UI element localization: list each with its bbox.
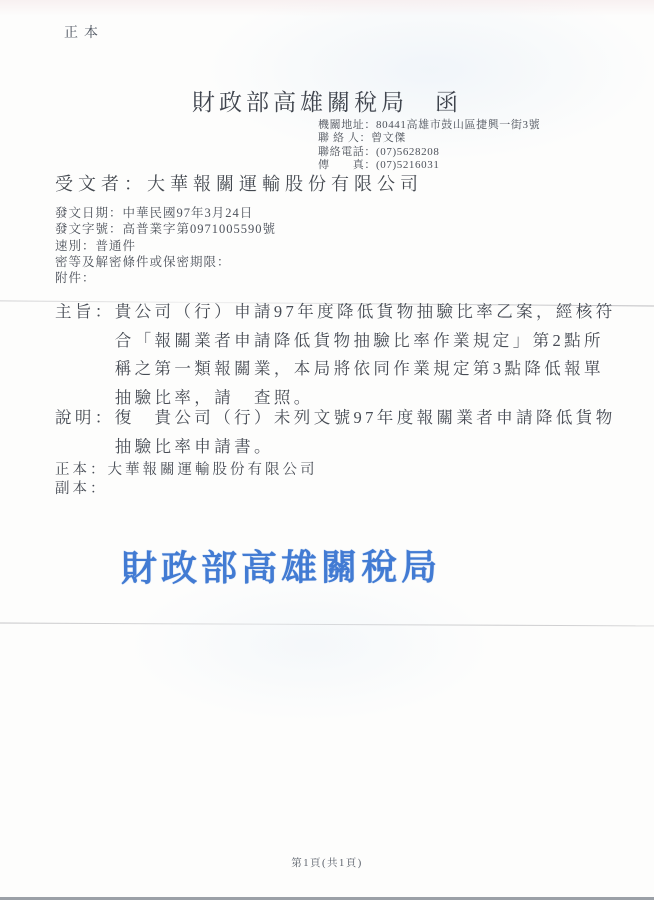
- explanation-section: 說明： 復 貴公司（行）未列文號97年度報關業者申請降低貨物 抽驗比率申請書。: [55, 404, 616, 461]
- distribution-block: 正本：大華報關運輸股份有限公司 副本：: [55, 461, 318, 498]
- explanation-body: 復 貴公司（行）未列文號97年度報關業者申請降低貨物 抽驗比率申請書。: [115, 404, 616, 461]
- subject-line: 稱之第一類報關業，本局將依同作業規定第3點降低報單: [115, 355, 616, 384]
- distribution-copy-line: 副本：: [55, 480, 318, 499]
- scanned-letter: 正本 財政部高雄關稅局 函 機關地址：80441高雄市鼓山區捷興一街3號 聯 絡…: [0, 0, 654, 900]
- subject-section: 主旨： 貴公司（行）申請97年度降低貨物抽驗比率乙案，經核符 合「報關業者申請降…: [55, 298, 616, 413]
- recipient-line: 受文者：大華報關運輸股份有限公司: [55, 170, 423, 196]
- subject-line: 合「報關業者申請降低貨物抽驗比率作業規定」第2點所: [115, 327, 616, 356]
- letter-title: 財政部高雄關稅局 函: [0, 84, 654, 117]
- subject-label: 主旨：: [55, 298, 115, 327]
- meta-block: 發文日期：中華民國97年3月24日 發文字號：高普業字第0971005590號 …: [55, 205, 276, 286]
- classification-line: 密等及解密條件或保密期限：: [55, 254, 276, 270]
- reference-number-line: 發文字號：高普業字第0971005590號: [55, 221, 276, 237]
- distribution-original-line: 正本：大華報關運輸股份有限公司: [55, 461, 318, 480]
- priority-line: 速別：普通件: [55, 238, 276, 254]
- agency-contact-block: 機關地址：80441高雄市鼓山區捷興一街3號 聯 絡 人：曾文傑 聯絡電話：(0…: [318, 119, 540, 173]
- agency-address: 機關地址：80441高雄市鼓山區捷興一街3號: [318, 119, 540, 132]
- issue-date-line: 發文日期：中華民國97年3月24日: [55, 205, 276, 221]
- agency-phone: 聯絡電話：(07)5628208: [318, 146, 540, 159]
- subject-line: 貴公司（行）申請97年度降低貨物抽驗比率乙案，經核符: [115, 298, 616, 327]
- subject-body: 貴公司（行）申請97年度降低貨物抽驗比率乙案，經核符 合「報關業者申請降低貨物抽…: [115, 298, 616, 413]
- explanation-label: 說明：: [55, 404, 115, 433]
- agency-stamp: 財政部高雄關稅局: [121, 539, 441, 592]
- attachment-line: 附件：: [55, 270, 276, 286]
- explanation-line: 復 貴公司（行）未列文號97年度報關業者申請降低貨物: [115, 404, 616, 433]
- page-number-footer: 第1頁(共1頁): [0, 855, 654, 870]
- fold-crease: [0, 623, 654, 627]
- agency-contact-person: 聯 絡 人：曾文傑: [318, 132, 540, 145]
- explanation-line: 抽驗比率申請書。: [115, 433, 616, 462]
- copy-type-label: 正本: [64, 22, 104, 42]
